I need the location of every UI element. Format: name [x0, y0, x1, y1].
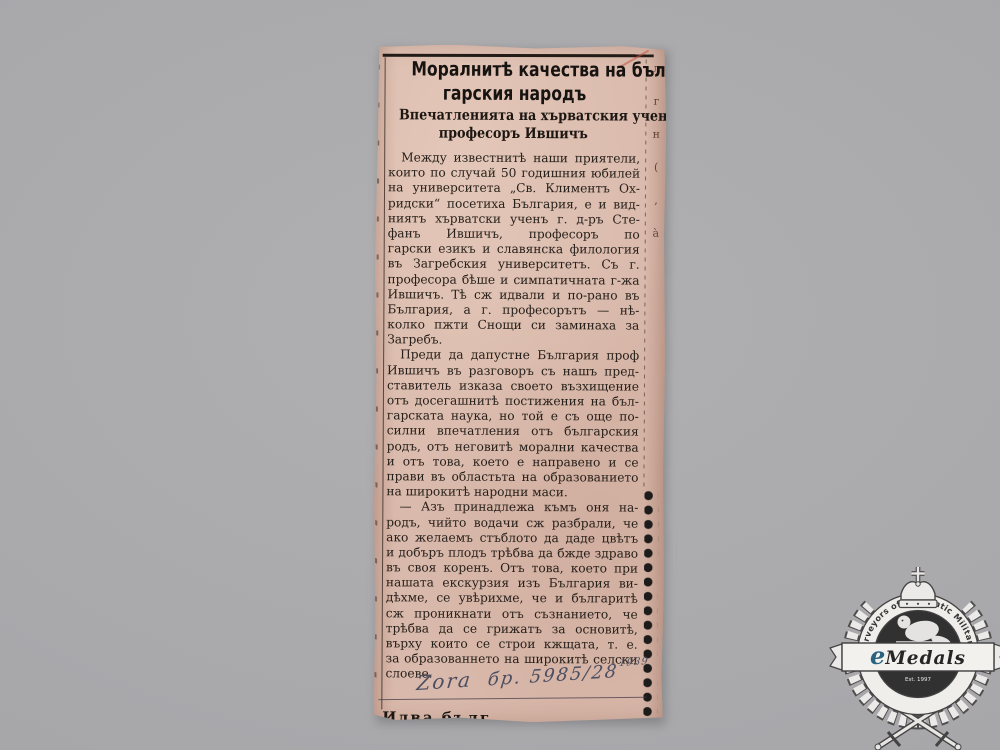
text-line: които по случай 50 годишния юбилей [388, 165, 640, 182]
text-line: силни впечатления отъ българския на- [387, 424, 639, 441]
text-line: Преди да дапустне България проф [387, 348, 639, 365]
text-line: дѣхме, се увѣрихме, че и българитѣ [386, 591, 638, 608]
paragraph: Преди да дапустне България профИвшичъ въ… [386, 348, 639, 501]
text-line: гарски езикъ и славянска филология [388, 241, 640, 258]
adjacent-column-fragments: лгн(,à [649, 62, 664, 260]
article-subheadline: Впечатленията на хърватския ученъпрофесо… [383, 106, 643, 143]
text-line: върху които се строи кжщата, т. е. [386, 636, 638, 653]
text-line: фанъ Ившичъ, професоръ по старобъл- [388, 226, 640, 243]
text-line: н [649, 128, 663, 161]
text-line: ниятъ хърватски ученъ г. д-ръ Сте- [388, 211, 640, 228]
text-line: ставитель изказа своето възхищение [387, 378, 639, 395]
scalloped-border [643, 489, 658, 718]
text-line: Впечатленията на хърватския ученъ [399, 106, 628, 125]
text-line: родъ, чийто водачи сж разбрали, че [386, 515, 638, 532]
text-line: сж проникнати отъ съзнанието, че [386, 606, 638, 623]
text-line: гарската наука, но той е съ още по- [387, 408, 639, 425]
text-line: на широкитѣ народни маси. [386, 484, 638, 501]
newspaper-clipping: лгн(,à Моралнитѣ качества на бъл-гарския… [372, 44, 667, 723]
paragraph: — Азъ принадлежа къмъ оня на-родъ, чийто… [385, 500, 638, 684]
text-line: à [649, 227, 663, 260]
text-line: , [649, 194, 663, 227]
text-line: отъ досегашнитѣ постижения на бъл- [387, 393, 639, 410]
text-line: професора бѣше и симпатичната г-жа [388, 272, 640, 289]
photo-background: лгн(,à Моралнитѣ качества на бъл-гарския… [0, 0, 1000, 750]
crown-icon [899, 567, 937, 608]
text-line: трѣбва да се грижатъ за основитѣ, [386, 621, 638, 638]
text-line: въ Загребския университетъ. Съ г. [388, 257, 640, 274]
text-line: България, а г. професорътъ — нѣ- [387, 302, 639, 319]
left-edge-marks [374, 64, 379, 704]
established-text: Est. 1997 [905, 677, 931, 683]
text-line: Моралнитѣ качества на бъл- [411, 57, 618, 82]
pencil-underline [378, 697, 646, 700]
text-line: ако желаемъ стъблото да даде цвѣтъ [386, 530, 638, 547]
text-line: нашата екскурзия изъ България ви- [386, 576, 638, 593]
text-line: прави въ областьта на образованието [386, 469, 638, 486]
text-line: ридски“ посетиха България, е и вид- [388, 196, 640, 213]
text-line: Загребъ. [387, 333, 639, 350]
text-line: гарския народъ [411, 81, 618, 106]
text-line: Между известнитѣ наши приятели, [388, 150, 640, 167]
handwritten-issue-number: бр. 5985/28 [487, 661, 620, 691]
text-line: Ившичъ. Тѣ сж идвали и по-рано въ [387, 287, 639, 304]
text-line: въ своя коренъ. Отъ това, което при [386, 560, 638, 577]
text-line: — Азъ принадлежа къмъ оня на- [386, 500, 638, 517]
text-line: и добъръ плодъ трѣбва да бжде здраво [386, 545, 638, 562]
emedals-watermark-logo: Purveyors of Authentic Militaria eMedals… [828, 550, 1000, 750]
article-headline: Моралнитѣ качества на бъл-гарския народъ [385, 57, 643, 106]
text-line: родъ, отъ неговитѣ морални качества [387, 439, 639, 456]
text-line: професоръ Ившичъ [399, 124, 628, 143]
paragraph: Между известнитѣ наши приятели,които по … [387, 150, 640, 349]
text-line: колко пжти Снощи си заминаха за [387, 317, 639, 334]
handwritten-year: 1939 [619, 656, 650, 669]
text-line: и отъ това, което е направено и се [387, 454, 639, 471]
text-line: на университета „Св. Климентъ Ох- [388, 181, 640, 198]
article-body: Между известнитѣ наши приятели,които по … [385, 150, 640, 683]
text-line: ( [649, 161, 663, 194]
handwritten-source: Zora [415, 667, 473, 695]
text-line: Ившичъ въ разговоръ съ нашъ пред- [387, 363, 639, 380]
